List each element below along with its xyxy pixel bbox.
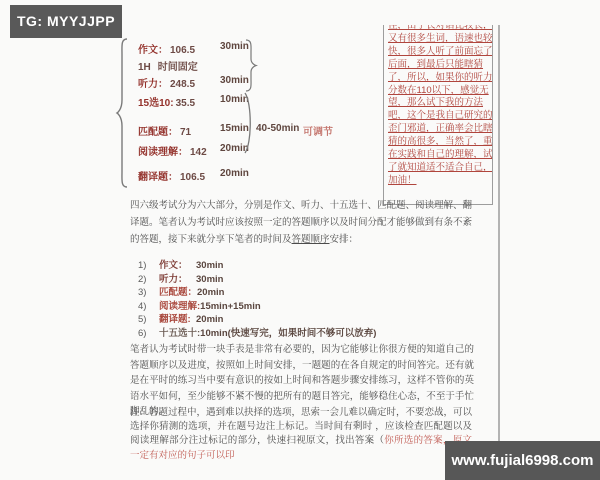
schedule-row-translation: 翻译题：106.5 20min (138, 168, 348, 182)
schedule-label: 听力： (138, 79, 168, 90)
schedule-label: 阅读理解： (138, 147, 188, 158)
list-label: 阅读理解: (159, 298, 200, 312)
schedule-label: 翻译题： (138, 172, 178, 183)
list-number: 2) (138, 274, 159, 285)
list-time: 20min (197, 287, 224, 298)
box-line: 猜的高很多，当然了，重 (388, 136, 488, 149)
list-item: 6)十五选十:10min(快速写完，如果时间不够可以放弃) (138, 325, 458, 339)
schedule-row-listening: 听力：248.5 30min (138, 75, 348, 89)
schedule-label: 15选10: (138, 98, 174, 109)
list-label: 作文： (159, 257, 196, 271)
list-item: 3)匹配题：20min (138, 284, 458, 298)
listening-method-text: 佳，由于长对话比较长， 又有很多生词，语速也较 快，很多人听了前面忘了 后面，到… (388, 25, 488, 188)
box-line: 快，很多人听了前面忘了 (388, 46, 488, 59)
schedule-score: 106.5 (170, 45, 195, 56)
list-item: 5)翻译题:20min (138, 311, 458, 325)
box-line: 望，那么试下我的方法 (388, 97, 488, 110)
listening-method-box: 佳，由于长对话比较长， 又有很多生词，语速也较 快，很多人听了前面忘了 后面，到… (383, 25, 493, 205)
schedule-label: 匹配题： (138, 127, 178, 138)
box-line: 分数在110以下，感觉无 (388, 85, 488, 98)
list-time: 30min (196, 274, 223, 285)
list-label: 十五选十: (159, 325, 200, 339)
schedule-row-writing: 作文：106.5 30min (138, 41, 348, 55)
list-label: 翻译题: (159, 311, 196, 325)
list-number: 4) (138, 301, 159, 312)
box-line: 又有很多生词，语速也较 (388, 33, 488, 46)
box-line: 在实践和自己的理解，试 (388, 149, 488, 162)
schedule-score: 71 (180, 127, 191, 138)
answer-order-list: 1)作文：30min 2)听力：30min 3)匹配题：20min 4)阅读理解… (138, 257, 458, 339)
document-page: TG: MYYJJPP 作文：106.5 30min 1H时间固定 听力：248… (0, 0, 600, 480)
note-paragraph: 注：答题过程中，遇到难以抉择的选项，思索一会儿难以确定时，不要恋战，可以选择你猜… (130, 406, 472, 463)
list-time: 10min(快速写完，如果时间不够可以放弃) (200, 328, 376, 339)
box-line: 佳，由于长对话比较长， (388, 25, 488, 33)
list-number: 3) (138, 287, 159, 298)
list-label: 匹配题： (159, 284, 197, 298)
list-time: 15min+15min (200, 301, 260, 312)
page-divider-line (498, 25, 500, 441)
fixed-time-group-brace (245, 39, 258, 92)
box-line: 加油！ (388, 175, 488, 188)
list-item: 1)作文：30min (138, 257, 458, 271)
box-line: 歪门邪道，正确率会比瞎 (388, 123, 488, 136)
intro-paragraph: 四六级考试分为六大部分，分别是作文、听力、十五选十、匹配题、阅读理解、翻译题。笔… (130, 198, 472, 248)
schedule-time: 20min (220, 168, 249, 179)
box-line: 吧，这个是我自己研究的 (388, 110, 488, 123)
schedule-score: 106.5 (180, 172, 205, 183)
list-item: 2)听力：30min (138, 271, 458, 285)
list-item: 4)阅读理解:15min+15min (138, 298, 458, 312)
box-line: 后面，到最后只能瞎猜 (388, 59, 488, 72)
list-number: 5) (138, 314, 159, 325)
adjust-range-text: 40-50min (256, 123, 299, 134)
telegram-watermark-badge: TG: MYYJJPP (10, 5, 122, 38)
list-number: 6) (138, 328, 159, 339)
adjustable-group-brace (243, 92, 255, 154)
schedule-row-fixed-time: 1H时间固定 (138, 58, 348, 72)
intro-underlined-text: 答题顺序 (292, 234, 330, 245)
schedule-label: 作文： (138, 45, 168, 56)
box-line: 了，所以，如果你的听力 (388, 72, 488, 85)
box-line: 了就知道适不适合自己， (388, 162, 488, 175)
website-watermark-bar: www.fujial6998.com (445, 441, 600, 480)
schedule-score: 35.5 (176, 98, 195, 109)
schedule-left-brace (114, 37, 130, 189)
list-number: 1) (138, 260, 159, 271)
intro-text-2: 安排： (330, 234, 359, 245)
schedule-score: 248.5 (170, 79, 195, 90)
schedule-score: 142 (190, 147, 207, 158)
list-time: 30min (196, 260, 223, 271)
adjust-note-text: 可调节 (303, 123, 333, 138)
list-time: 20min (196, 314, 223, 325)
schedule-note: 时间固定 (158, 62, 198, 73)
schedule-label: 1H (138, 62, 151, 73)
list-label: 听力： (159, 271, 196, 285)
